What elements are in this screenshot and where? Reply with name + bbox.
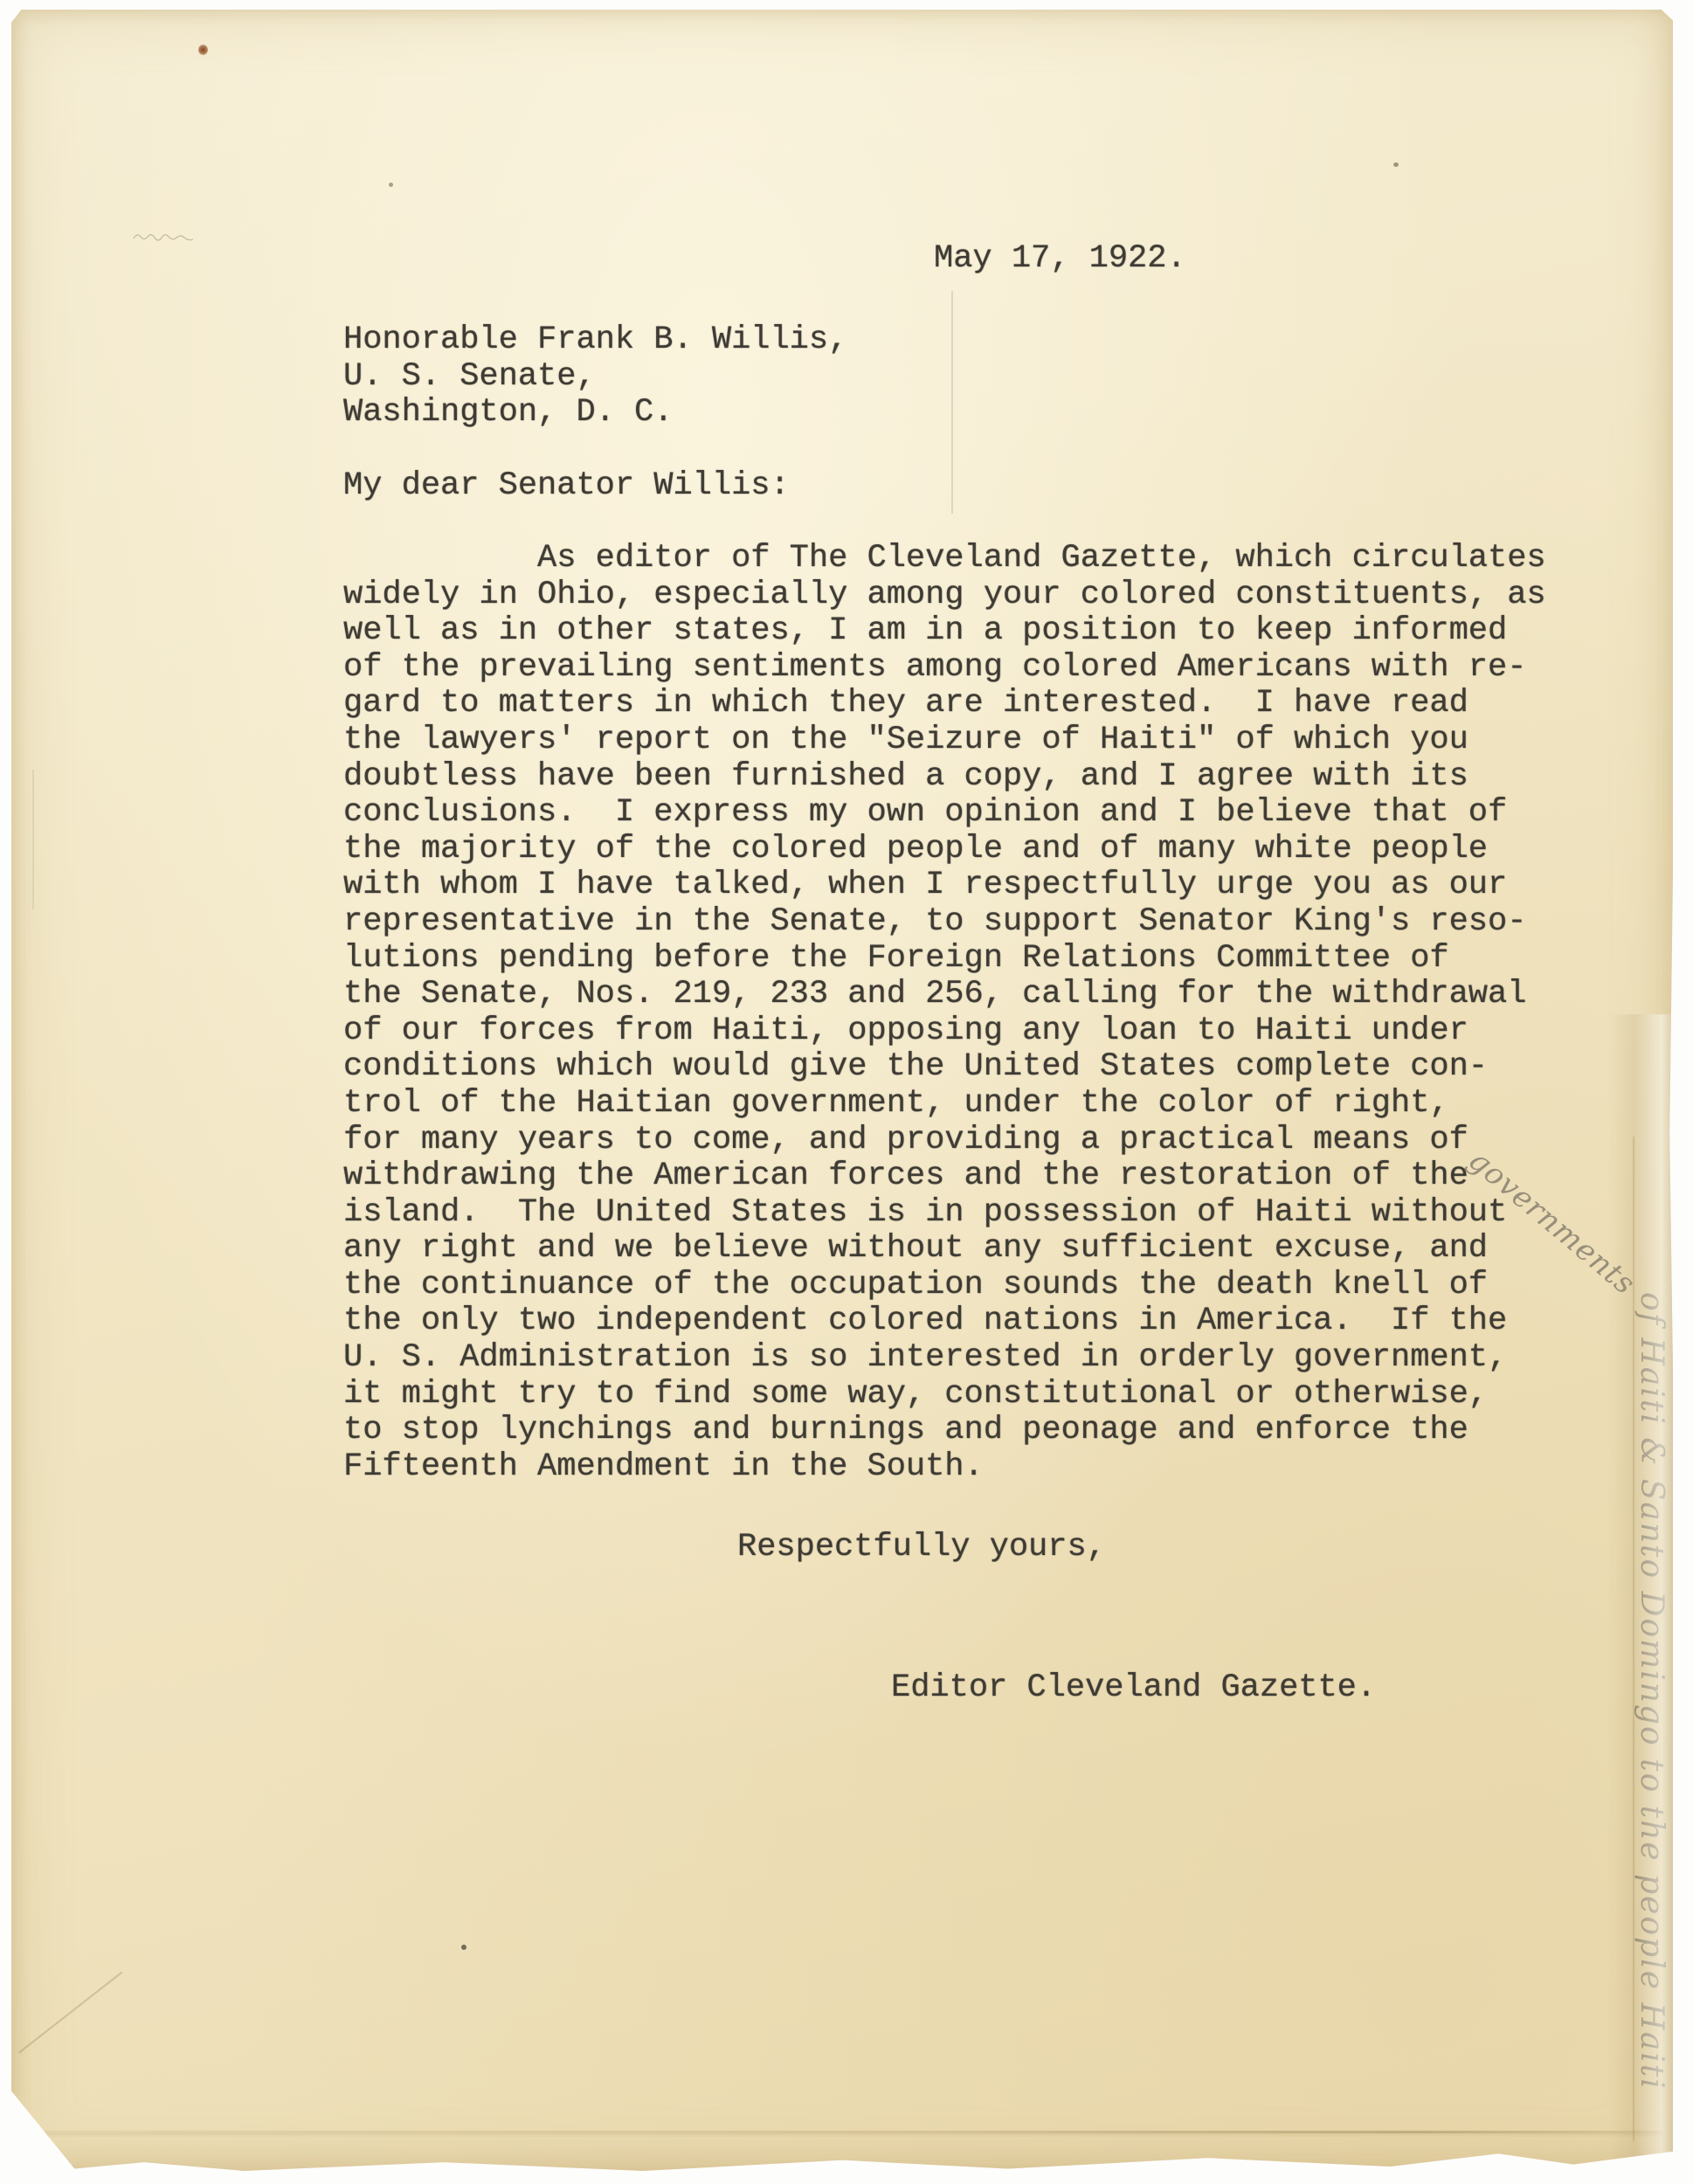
faint-pencil-scribble bbox=[132, 230, 195, 244]
signature-line: Editor Cleveland Gazette. bbox=[891, 1670, 1376, 1707]
left-edge-crease bbox=[32, 770, 34, 909]
paper-speck bbox=[1393, 162, 1399, 167]
vertical-crease bbox=[951, 291, 953, 514]
diagonal-crease bbox=[18, 1972, 122, 2054]
paper-speck bbox=[389, 183, 393, 187]
closing-line: Respectfully yours, bbox=[737, 1530, 1106, 1566]
date-line: May 17, 1922. bbox=[934, 241, 1186, 278]
scan-background: May 17, 1922. Honorable Frank B. Willis,… bbox=[0, 0, 1693, 2184]
letter-body-text: As editor of The Cleveland Gazette, whic… bbox=[343, 541, 1546, 1485]
paper-speck bbox=[461, 1945, 466, 1950]
handwritten-margin-note-vertical: of Haiti & Santo Domingo to the people H… bbox=[1634, 1292, 1669, 2091]
recipient-address-block: Honorable Frank B. Willis, U. S. Senate,… bbox=[343, 322, 847, 432]
letter-paper: May 17, 1922. Honorable Frank B. Willis,… bbox=[11, 10, 1673, 2171]
salutation-line: My dear Senator Willis: bbox=[343, 468, 790, 505]
bottom-fold-crease bbox=[38, 2131, 1662, 2133]
rust-stain-dot bbox=[198, 45, 208, 55]
